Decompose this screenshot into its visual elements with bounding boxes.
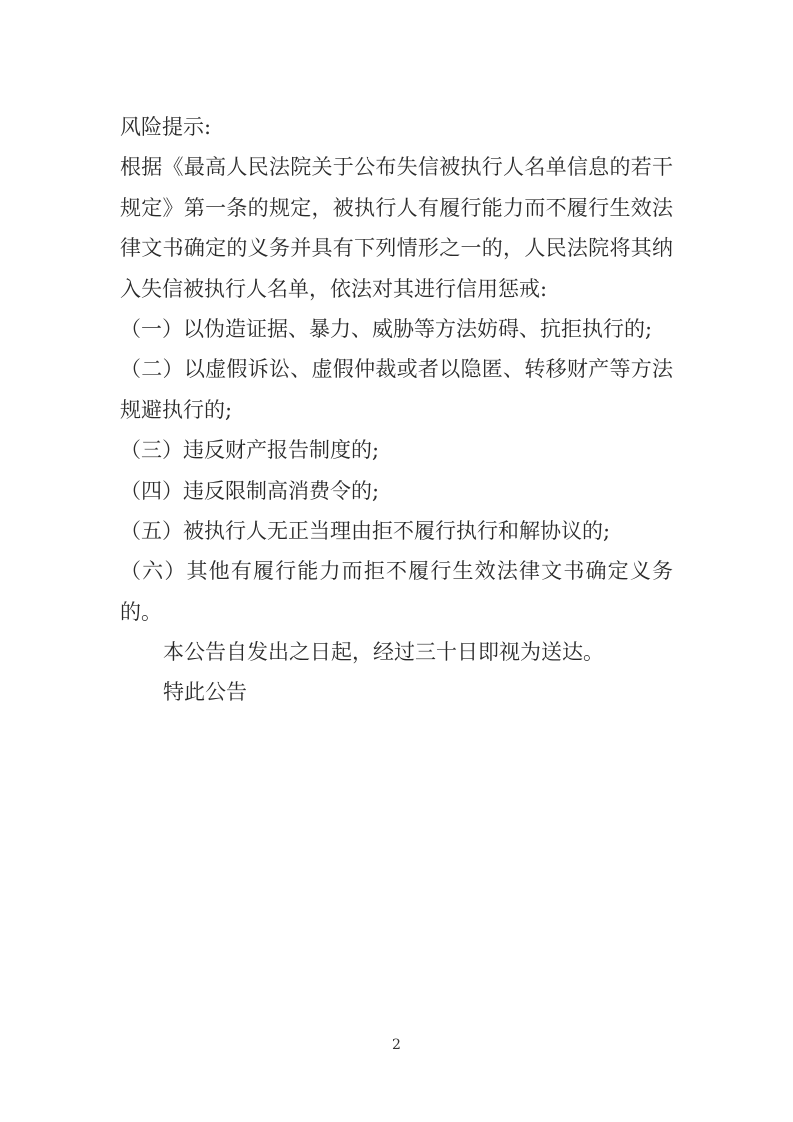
text-line: （二）以虚假诉讼、虚假仲裁或者以隐匿、转移财产等方法 bbox=[120, 349, 673, 389]
text-line: （三）违反财产报告制度的; bbox=[120, 430, 673, 470]
text-line: 规定》第一条的规定，被执行人有履行能力而不履行生效法 bbox=[120, 188, 673, 228]
text-line: 的。 bbox=[120, 592, 673, 632]
document-page: 风险提示:根据《最高人民法院关于公布失信被执行人名单信息的若干规定》第一条的规定… bbox=[0, 0, 793, 1122]
text-line: 特此公告 bbox=[120, 672, 673, 712]
text-line: （六）其他有履行能力而拒不履行生效法律文书确定义务 bbox=[120, 551, 673, 591]
text-line: 本公告自发出之日起，经过三十日即视为送达。 bbox=[120, 632, 673, 672]
text-line: 律文书确定的义务并具有下列情形之一的，人民法院将其纳 bbox=[120, 228, 673, 268]
text-line: 根据《最高人民法院关于公布失信被执行人名单信息的若干 bbox=[120, 147, 673, 187]
text-line: 规避执行的; bbox=[120, 390, 673, 430]
document-body: 风险提示:根据《最高人民法院关于公布失信被执行人名单信息的若干规定》第一条的规定… bbox=[120, 107, 673, 713]
text-line: （五）被执行人无正当理由拒不履行执行和解协议的; bbox=[120, 511, 673, 551]
page-number: 2 bbox=[0, 1035, 793, 1055]
text-line: 入失信被执行人名单，依法对其进行信用惩戒: bbox=[120, 269, 673, 309]
text-line: （四）违反限制高消费令的; bbox=[120, 471, 673, 511]
text-line: 风险提示: bbox=[120, 107, 673, 147]
text-line: （一）以伪造证据、暴力、威胁等方法妨碍、抗拒执行的; bbox=[120, 309, 673, 349]
